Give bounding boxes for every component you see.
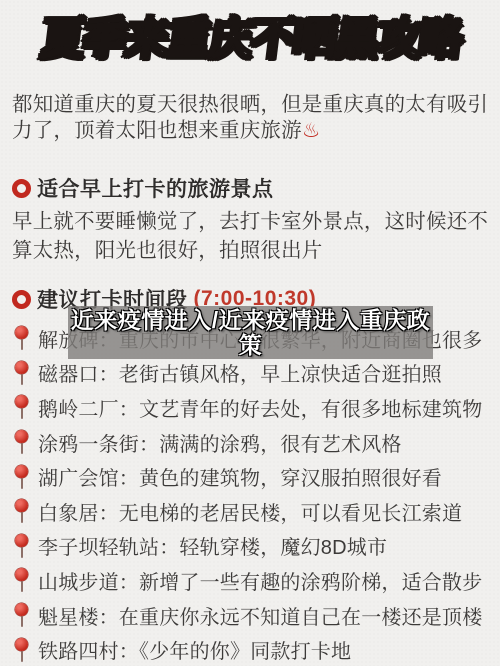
spot-text: 魁星楼：在重庆你永远不知道自己在一楼还是顶楼 bbox=[38, 601, 482, 630]
spot-text: 涂鸦一条街：满满的涂鸦，很有艺术风格 bbox=[38, 428, 402, 457]
poster: 夏季来重庆不晒黑攻略 都知道重庆的夏天很热很晒，但是重庆真的太有吸引力了，顶着太… bbox=[0, 0, 500, 666]
pin-icon bbox=[15, 636, 29, 664]
pin-head bbox=[15, 603, 28, 616]
spot-text: 白象居：无电梯的老居民楼，可以看见长江索道 bbox=[38, 497, 462, 526]
caption-text: 近来疫情进入/近来疫情进入重庆政策 bbox=[71, 307, 430, 358]
pin-stick bbox=[21, 478, 24, 489]
section-body: 早上就不要睡懒觉了，去打卡室外景点，这时候还不算太热，阳光也很好，拍照很出片 bbox=[12, 207, 490, 265]
spot-text: 磁器口：老街古镇风格，早上凉快适合逛拍照 bbox=[38, 358, 442, 387]
list-item: 鹅岭二厂：文艺青年的好去处，有很多地标建筑物 bbox=[15, 390, 490, 425]
pin-stick bbox=[21, 547, 24, 558]
list-item: 李子坝轻轨站：轻轨穿楼，魔幻8D城市 bbox=[15, 529, 490, 564]
list-item: 铁路四村：《少年的你》同款打卡地 bbox=[15, 632, 490, 666]
pin-head bbox=[15, 534, 28, 547]
list-item: 湖广会馆：黄色的建筑物，穿汉服拍照很好看 bbox=[15, 459, 490, 494]
pin-icon bbox=[15, 428, 29, 456]
pin-icon bbox=[15, 393, 29, 421]
pin-stick bbox=[21, 616, 24, 627]
caption-overlay: 近来疫情进入/近来疫情进入重庆政策 bbox=[68, 306, 433, 359]
list-item: 山城步道：新增了一些有趣的涂鸦阶梯，适合散步 bbox=[15, 563, 490, 598]
intro-paragraph: 都知道重庆的夏天很热很晒，但是重庆真的太有吸引力了，顶着太阳也想来重庆旅游♨ bbox=[12, 92, 490, 144]
pin-stick bbox=[21, 581, 24, 592]
list-item: 涂鸦一条街：满满的涂鸦，很有艺术风格 bbox=[15, 425, 490, 460]
list-item: 魁星楼：在重庆你永远不知道自己在一楼还是顶楼 bbox=[15, 598, 490, 633]
list-item: 磁器口：老街古镇风格，早上凉快适合逛拍照 bbox=[15, 356, 490, 391]
pin-head bbox=[15, 430, 28, 443]
pin-stick bbox=[21, 443, 24, 454]
list-item: 白象居：无电梯的老居民楼，可以看见长江索道 bbox=[15, 494, 490, 529]
pin-icon bbox=[15, 497, 29, 525]
pin-head bbox=[15, 326, 28, 339]
spot-text: 李子坝轻轨站：轻轨穿楼，魔幻8D城市 bbox=[38, 531, 387, 560]
spot-list: 解放碑：重庆的市中心，很繁华，附近商圈也很多 磁器口：老街古镇风格，早上凉快适合… bbox=[12, 321, 490, 666]
pin-stick bbox=[21, 339, 24, 350]
spot-text: 湖广会馆：黄色的建筑物，穿汉服拍照很好看 bbox=[38, 462, 442, 491]
pin-icon bbox=[15, 532, 29, 560]
poster-title: 夏季来重庆不晒黑攻略 bbox=[8, 10, 493, 68]
spot-text: 鹅岭二厂：文艺青年的好去处，有很多地标建筑物 bbox=[38, 393, 482, 422]
pin-icon bbox=[15, 463, 29, 491]
pin-head bbox=[15, 568, 28, 581]
pin-head bbox=[15, 638, 28, 651]
spot-text: 铁路四村：《少年的你》同款打卡地 bbox=[38, 635, 351, 664]
pin-head bbox=[15, 361, 28, 374]
pin-stick bbox=[21, 408, 24, 419]
pin-icon bbox=[15, 566, 29, 594]
hot-springs-icon: ♨ bbox=[302, 119, 321, 142]
pin-stick bbox=[21, 512, 24, 523]
section-heading: 适合早上打卡的旅游景点 bbox=[37, 173, 274, 203]
red-circle-icon bbox=[12, 290, 31, 309]
pin-stick bbox=[21, 374, 24, 385]
intro-text: 都知道重庆的夏天很热很晒，但是重庆真的太有吸引力了，顶着太阳也想来重庆旅游 bbox=[12, 93, 488, 142]
pin-head bbox=[15, 499, 28, 512]
pin-icon bbox=[15, 324, 29, 352]
red-circle-icon bbox=[12, 179, 31, 198]
pin-head bbox=[15, 465, 28, 478]
pin-stick bbox=[21, 651, 24, 662]
pin-icon bbox=[15, 359, 29, 387]
pin-icon bbox=[15, 601, 29, 629]
pin-head bbox=[15, 395, 28, 408]
spot-text: 山城步道：新增了一些有趣的涂鸦阶梯，适合散步 bbox=[38, 566, 482, 595]
section-morning-spots: 适合早上打卡的旅游景点 早上就不要睡懒觉了，去打卡室外景点，这时候还不算太热，阳… bbox=[12, 174, 490, 265]
section-heading-row: 适合早上打卡的旅游景点 bbox=[12, 174, 490, 202]
